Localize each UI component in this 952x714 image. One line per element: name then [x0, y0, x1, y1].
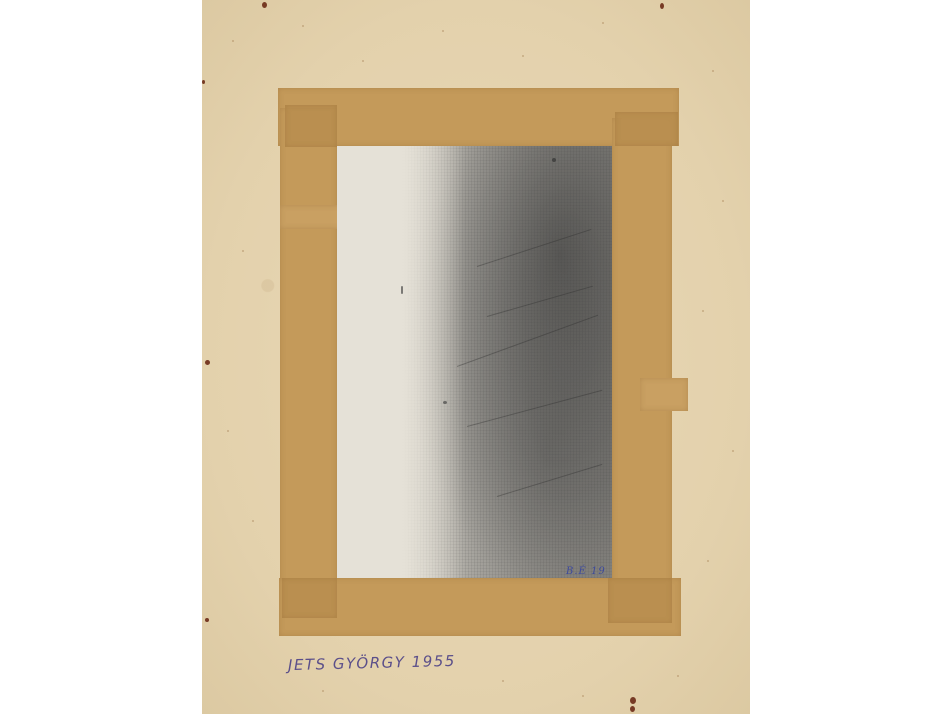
- speck: [702, 310, 704, 312]
- charcoal-dot: [443, 401, 447, 404]
- speck: [242, 250, 244, 252]
- stain-spot: [630, 706, 635, 712]
- speck: [362, 60, 364, 62]
- speck: [732, 450, 734, 452]
- speck: [707, 560, 709, 562]
- speck: [677, 675, 679, 677]
- speck: [252, 520, 254, 522]
- stain-spot: [630, 697, 636, 704]
- stain-spot: [262, 2, 267, 8]
- artist-monogram: B.É 19: [566, 566, 606, 577]
- speck: [722, 200, 724, 202]
- tape-corner-top-left: [285, 105, 337, 147]
- tape-corner-top-right: [615, 112, 678, 146]
- speck: [442, 30, 444, 32]
- charcoal-dot: [552, 158, 556, 162]
- speck: [602, 22, 604, 24]
- drawing-paper: B.É 19: [337, 146, 612, 578]
- speck: [227, 430, 229, 432]
- speck: [522, 55, 524, 57]
- speck: [712, 70, 714, 72]
- stain-spot: [205, 360, 210, 365]
- tape-corner-bottom-right: [608, 578, 672, 623]
- charcoal-shading: [402, 146, 612, 578]
- charcoal-dot: [401, 286, 403, 294]
- speck: [232, 40, 234, 42]
- speck: [322, 690, 324, 692]
- stain-spot: [205, 618, 209, 622]
- speck: [502, 680, 504, 682]
- tape-corner-bottom-left: [282, 578, 337, 618]
- tape-left: [280, 108, 337, 618]
- speck: [582, 695, 584, 697]
- speck: [302, 25, 304, 27]
- stain-spot: [660, 3, 664, 9]
- tape-right: [612, 118, 672, 618]
- tape-tab-right: [640, 378, 688, 411]
- stain-spot: [202, 80, 205, 84]
